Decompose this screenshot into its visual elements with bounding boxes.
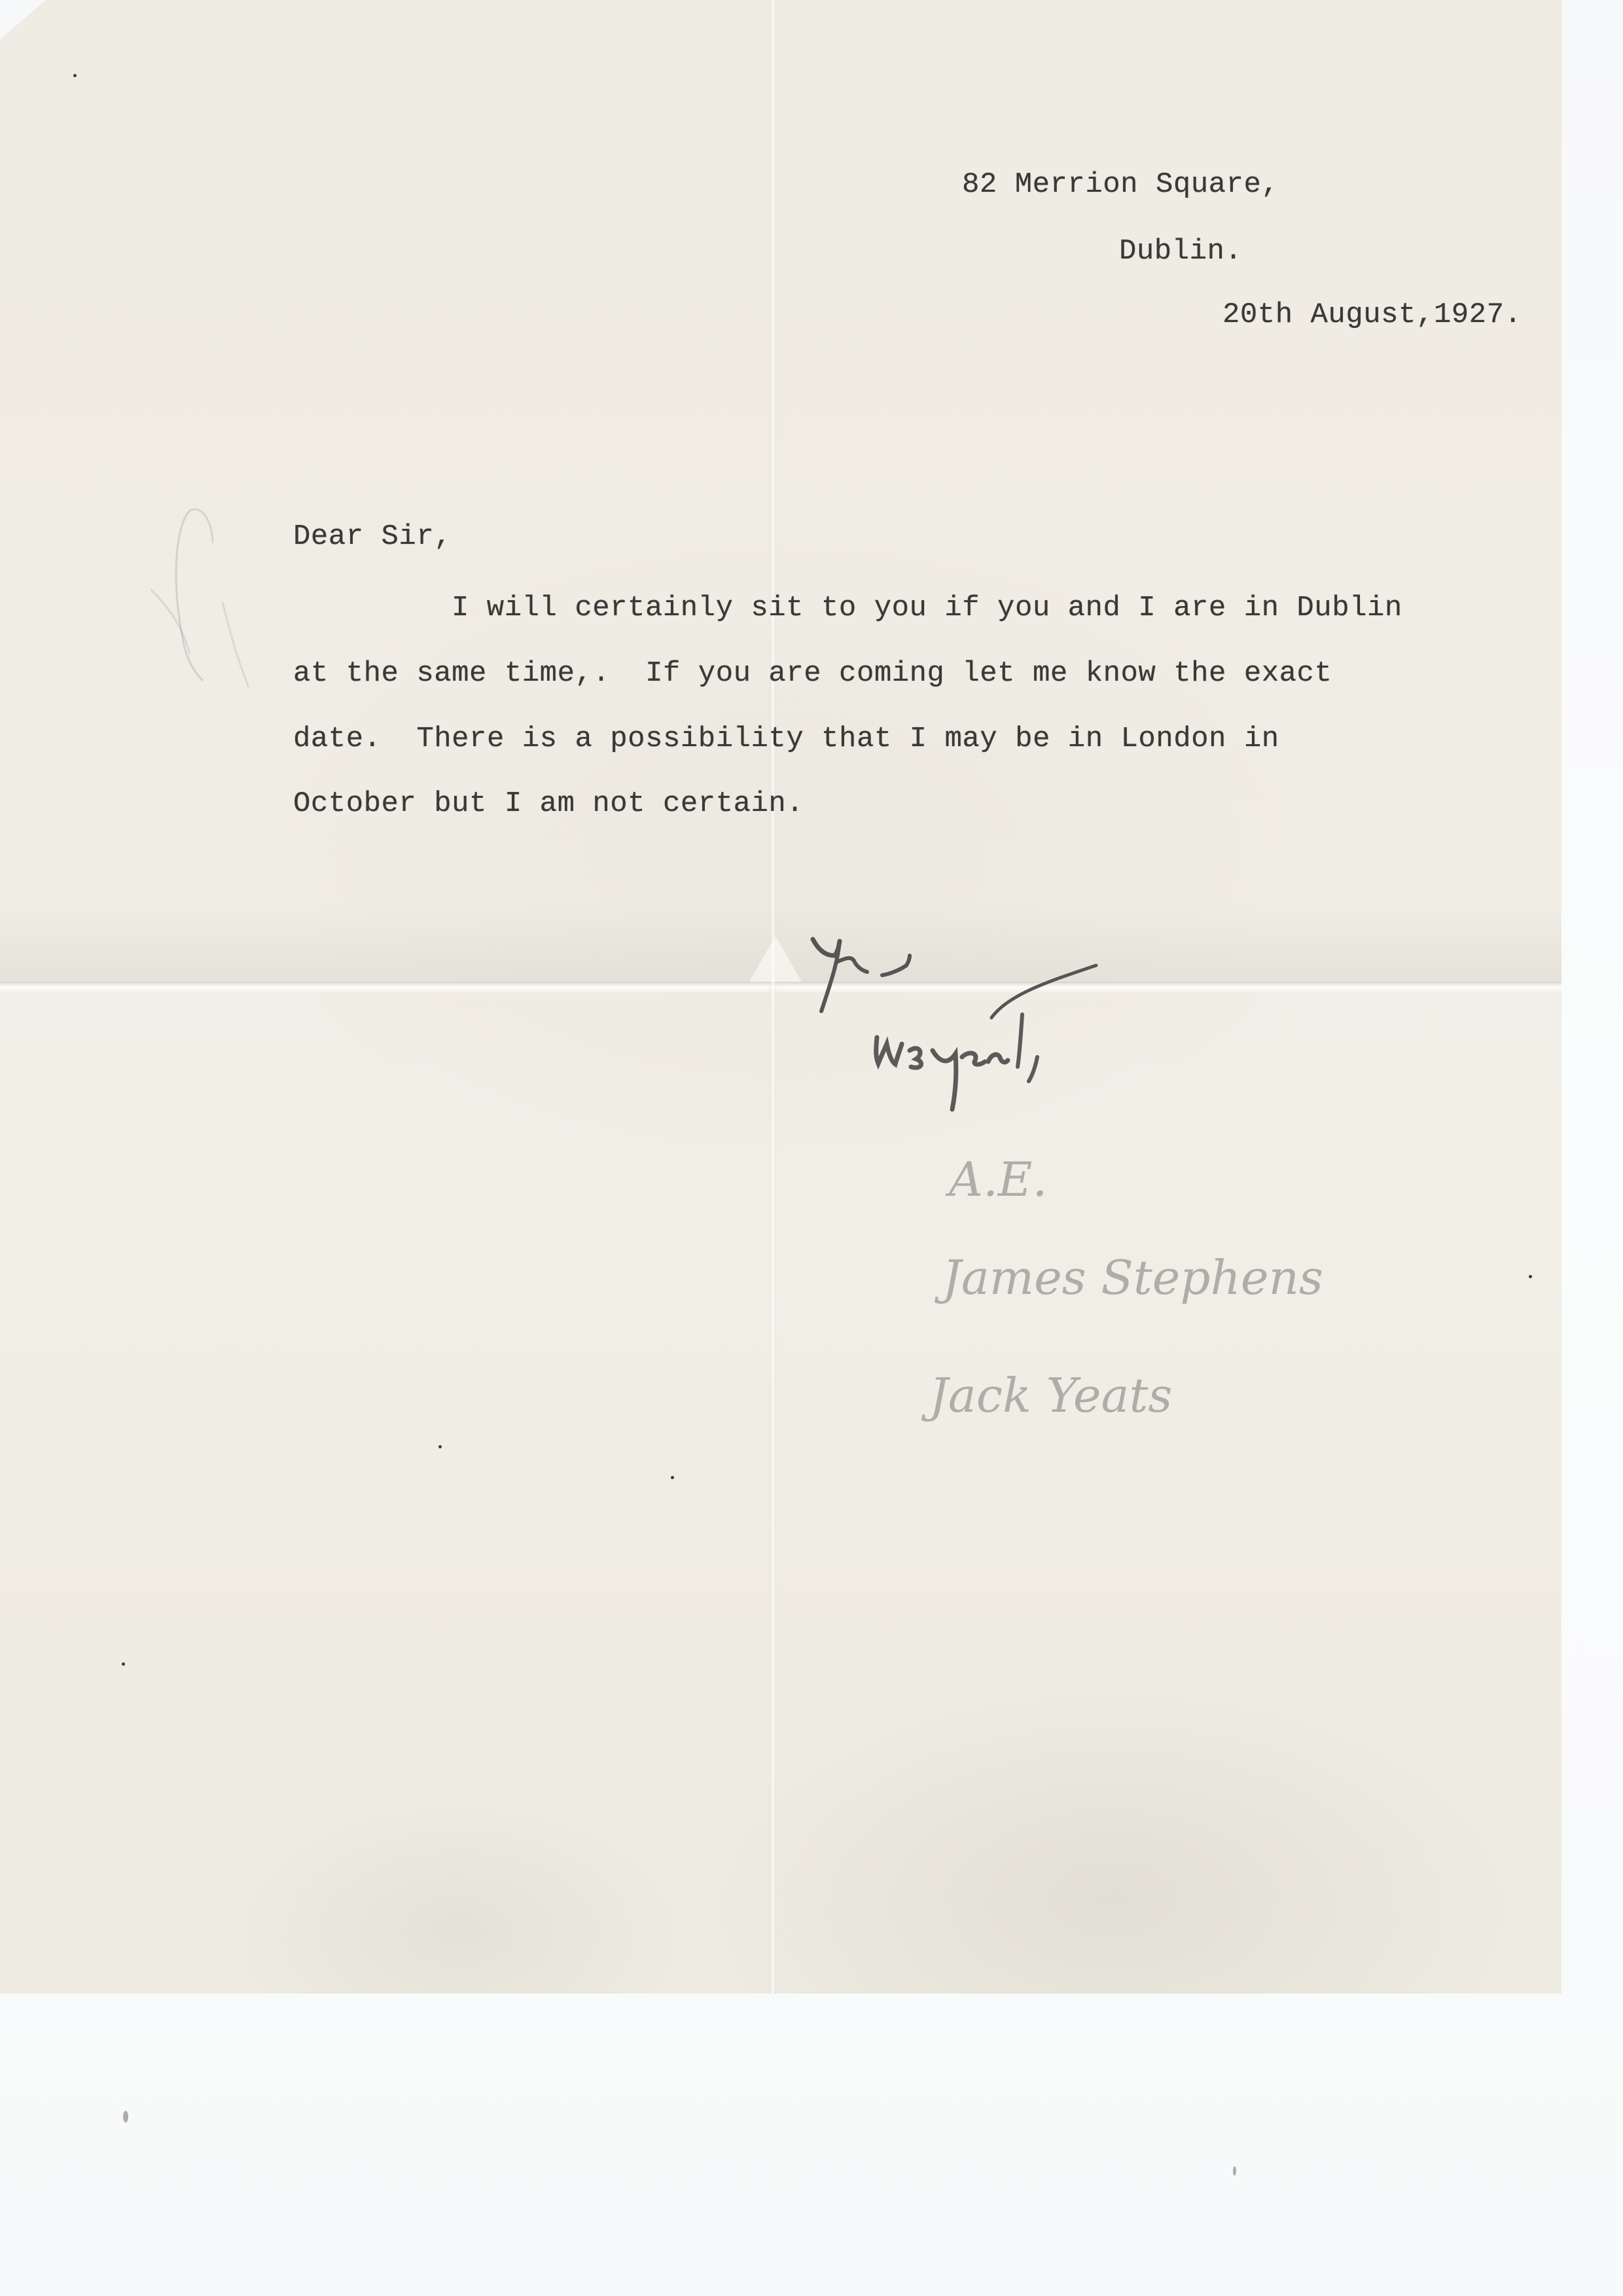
body-line-4: October but I am not certain.: [293, 789, 804, 818]
paper-speck: [122, 1662, 125, 1666]
faint-pencil-mark-icon: [151, 497, 255, 694]
paper-speck: [671, 1476, 674, 1479]
salutation: Dear Sir,: [293, 522, 452, 551]
letter-paper: 82 Merrion Square, Dublin. 20th August,1…: [0, 0, 1561, 1994]
paper-speck: [73, 74, 77, 77]
letter-date: 20th August,1927.: [1222, 300, 1522, 329]
pencil-note-james-stephens: James Stephens: [942, 1250, 1323, 1305]
body-line-2: at the same time,. If you are coming let…: [293, 659, 1332, 688]
handwritten-signature-icon: [772, 910, 1335, 1132]
address-line-1: 82 Merrion Square,: [962, 170, 1279, 199]
body-line-1: I will certainly sit to you if you and I…: [452, 594, 1402, 622]
address-line-2: Dublin.: [1119, 237, 1242, 266]
paper-speck: [438, 1445, 442, 1448]
pencil-note-ae: A.E.: [949, 1152, 1047, 1207]
paper-speck: [1529, 1275, 1532, 1278]
pencil-annotations: A.E. James Stephens Jack Yeats: [903, 1126, 1322, 1453]
scanner-dust: [123, 2111, 128, 2123]
scanner-dust: [1233, 2166, 1236, 2176]
pencil-note-jack-yeats: Jack Yeats: [929, 1368, 1172, 1423]
scanner-background: 82 Merrion Square, Dublin. 20th August,1…: [0, 0, 1623, 2296]
body-line-3: date. There is a possibility that I may …: [293, 725, 1279, 753]
